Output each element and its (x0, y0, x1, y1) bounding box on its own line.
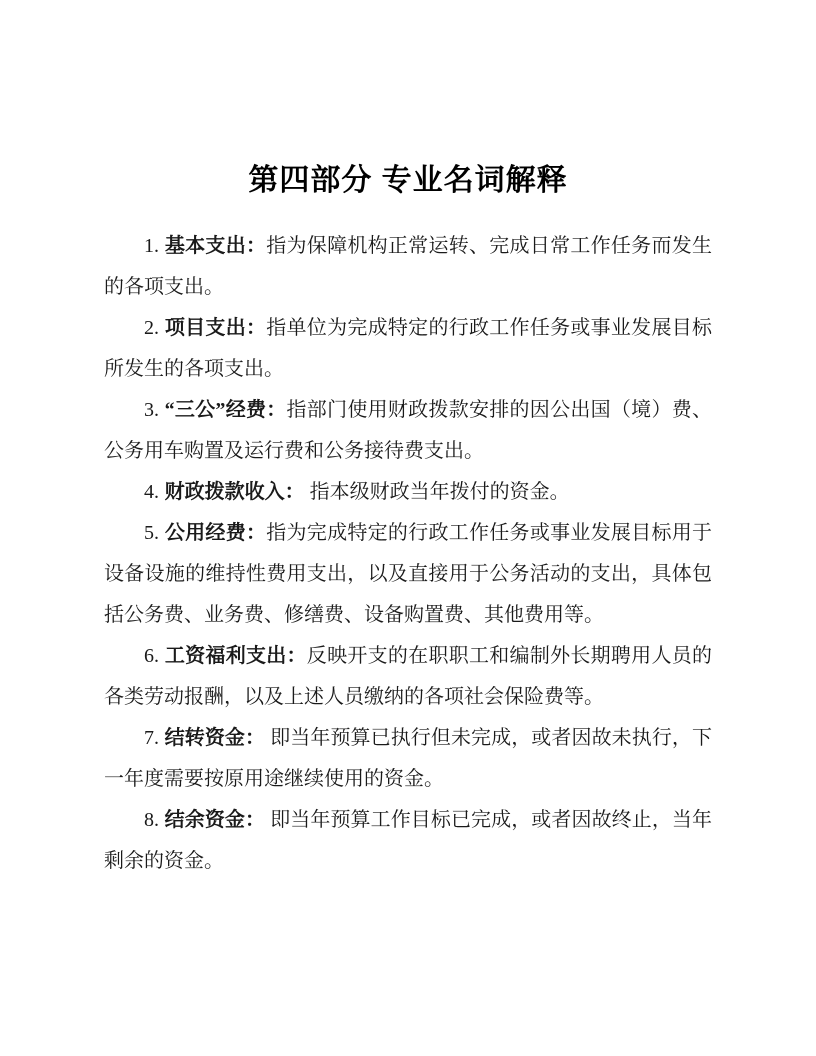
term-number: 4. (144, 481, 159, 503)
term-paragraph: 7.结转资金： 即当年预算已执行但未完成，或者因故未执行，下一年度需要按原用途继… (104, 718, 712, 800)
term-paragraph: 3.“三公”经费：指部门使用财政拨款安排的因公出国（境）费、公务用车购置及运行费… (104, 390, 712, 472)
term-name: “三公”经费： (165, 399, 287, 421)
term-definition: 指本级财政当年拨付的资金。 (305, 481, 570, 503)
term-name: 项目支出： (165, 317, 267, 339)
term-paragraph: 1.基本支出：指为保障机构正常运转、完成日常工作任务而发生的各项支出。 (104, 226, 712, 308)
term-name: 财政拨款收入： (165, 481, 305, 503)
term-number: 8. (144, 809, 159, 831)
page-title: 第四部分 专业名词解释 (0, 155, 816, 199)
term-number: 1. (144, 235, 159, 257)
term-name: 工资福利支出： (165, 645, 307, 667)
term-name: 公用经费： (165, 522, 267, 544)
terms-list: 1.基本支出：指为保障机构正常运转、完成日常工作任务而发生的各项支出。 2.项目… (104, 226, 712, 882)
term-paragraph: 6.工资福利支出：反映开支的在职职工和编制外长期聘用人员的各类劳动报酬，以及上述… (104, 636, 712, 718)
term-name: 结转资金： (165, 727, 266, 749)
term-paragraph: 5.公用经费：指为完成特定的行政工作任务或事业发展目标用于设备设施的维持性费用支… (104, 513, 712, 636)
term-number: 7. (144, 727, 159, 749)
term-name: 基本支出： (165, 235, 267, 257)
term-number: 6. (144, 645, 159, 667)
term-number: 5. (144, 522, 159, 544)
term-paragraph: 8.结余资金： 即当年预算工作目标已完成，或者因故终止，当年剩余的资金。 (104, 800, 712, 882)
document-page: 第四部分 专业名词解释 1.基本支出：指为保障机构正常运转、完成日常工作任务而发… (0, 0, 816, 1056)
term-number: 3. (144, 399, 159, 421)
term-paragraph: 4.财政拨款收入： 指本级财政当年拨付的资金。 (104, 472, 712, 513)
term-number: 2. (144, 317, 159, 339)
term-paragraph: 2.项目支出：指单位为完成特定的行政工作任务或事业发展目标所发生的各项支出。 (104, 308, 712, 390)
term-name: 结余资金： (165, 809, 266, 831)
